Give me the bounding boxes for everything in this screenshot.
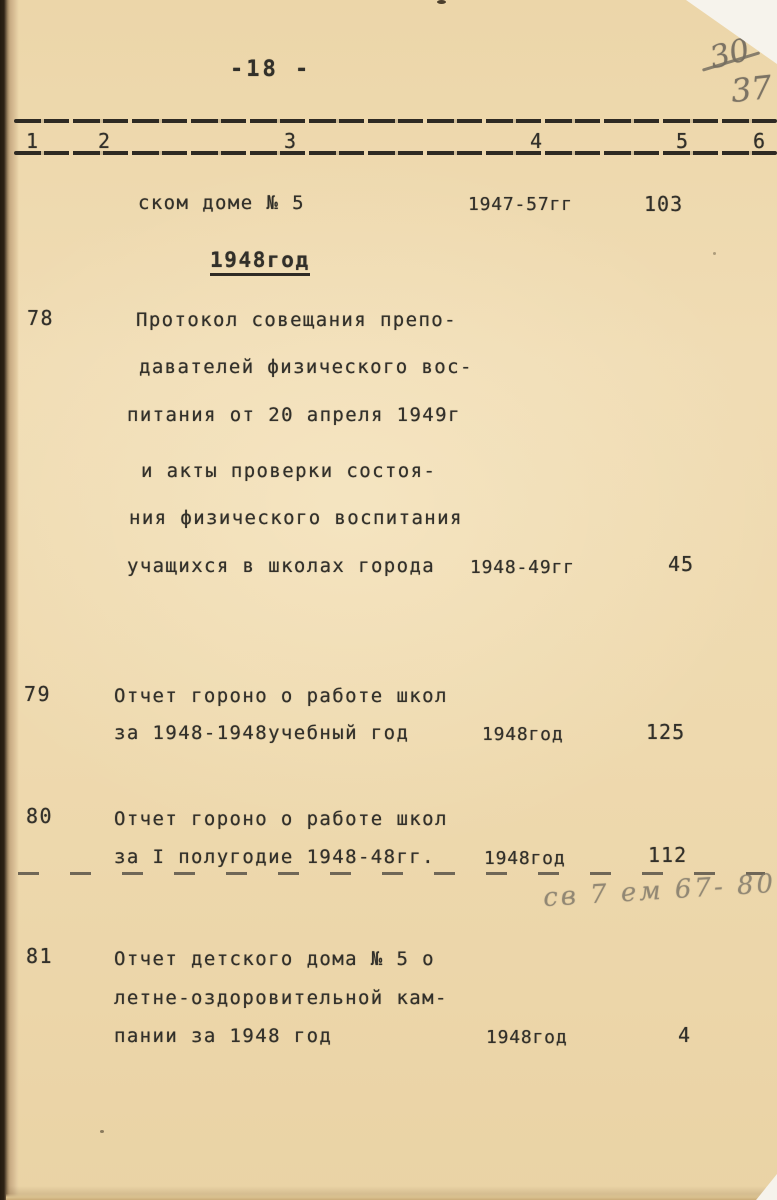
paper-speck [437,0,446,4]
entry-description-line: летне-оздоровительной кам- [114,989,448,1009]
entry-description-line: ния физического воспитания [129,509,463,529]
entry-quantity: 103 [644,194,683,215]
entry-dates: 1948-49гг [470,559,575,578]
entry-quantity: 4 [678,1025,691,1046]
entry-description: ском доме № 5 [138,194,305,214]
entry-description-line: питания от 20 апреля 1949г [127,406,461,426]
column-header-5: 5 [676,129,688,153]
entry-description-line: Отчет гороно о работе школ [114,810,448,830]
entry-description-line: давателей физического вос- [139,358,473,378]
page-number: -18 - [230,58,311,81]
entry-description-line: пании за 1948 год [114,1027,332,1047]
dashed-separator-line [18,872,765,875]
entry-number: 80 [26,806,53,827]
entry-description-line: Отчет гороно о работе школ [114,687,448,707]
entry-number: 79 [24,684,51,705]
book-spine-edge [0,0,19,1200]
entry-number: 78 [27,308,54,329]
entry-quantity: 45 [668,554,694,575]
entry-quantity: 112 [648,845,687,866]
handwritten-bundle-note: св 7 ем 67- 80 [542,869,777,913]
entry-description-line: Отчет детского дома № 5 о [114,950,435,970]
entry-description-line: и акты проверки состоя- [141,462,436,482]
entry-dates: 1948год [484,850,565,869]
scanned-archive-page: { "document": { "page_number": "-18 -", … [0,0,777,1200]
entry-number: 81 [26,946,53,967]
entry-quantity: 125 [646,722,685,743]
entry-dates: 1948год [486,1029,567,1048]
column-header-6: 6 [753,129,765,153]
entry-dates: 1948год [482,726,563,745]
column-header-2: 2 [98,129,110,153]
entry-description-line: за I полугодие 1948-48гг. [114,848,435,868]
paper-speck [713,252,716,255]
ruler-line-top [14,119,777,123]
entry-description-line: за 1948-1948учебный год [114,724,409,744]
entry-description-line: учащихся в школах города [127,557,435,577]
column-header-1: 1 [26,129,38,153]
paper-speck [100,1130,104,1133]
entry-description-line: Протокол совещания препо- [136,311,457,331]
ruler-line-bottom [14,151,777,155]
page-bottom-edge [6,1186,766,1200]
section-heading-1948: 1948год [210,249,310,276]
entry-dates: 1947-57гг [468,196,573,215]
column-header-4: 4 [530,129,542,153]
handwritten-page-number: 37 [729,68,773,110]
column-header-3: 3 [284,129,296,153]
paper-page: -18 - 30 37 1 2 3 4 5 6 ском доме № 5 19… [0,0,777,1200]
